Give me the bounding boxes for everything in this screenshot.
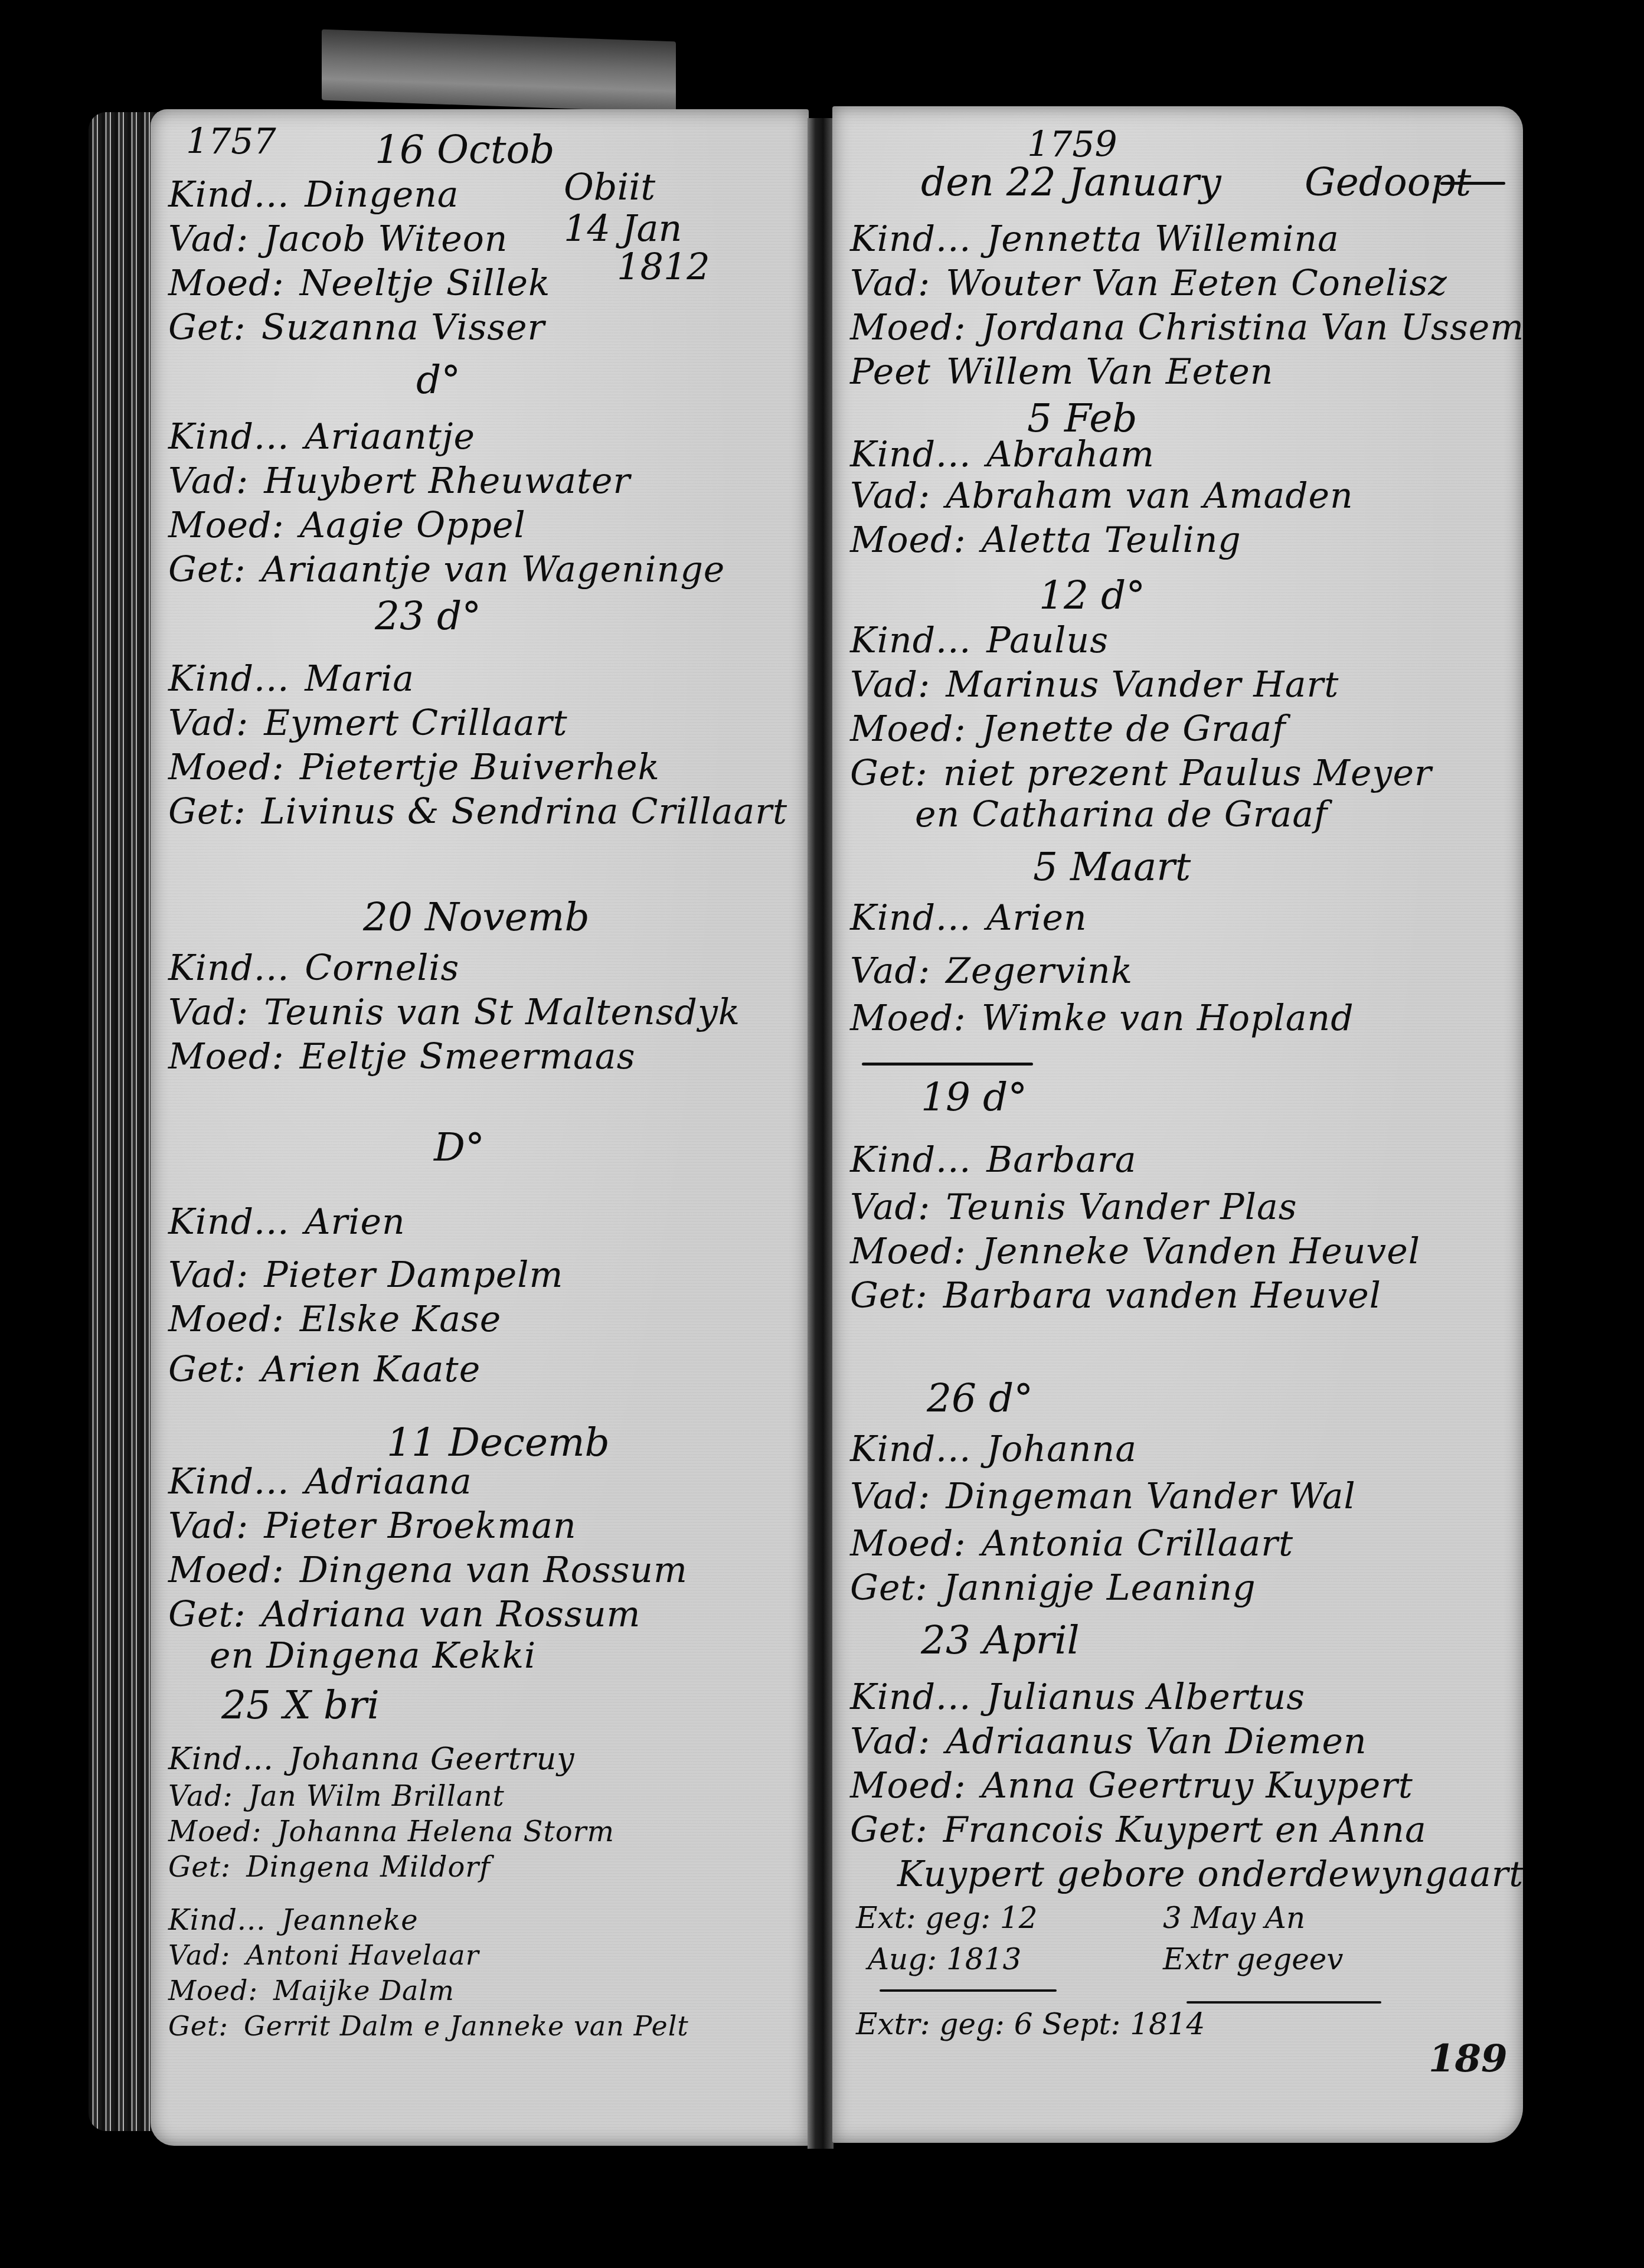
separator-rule xyxy=(862,1063,1033,1066)
entry-date: 19 d° xyxy=(921,1074,1027,1120)
entry-date: d° xyxy=(416,357,460,403)
entry-moeder: Moed:Eeltje Smeermaas xyxy=(168,1036,635,1077)
entry-moeder: Moed:Aletta Teuling xyxy=(850,519,1241,561)
entry-getuige: Get:Jannigje Leaning xyxy=(850,1567,1256,1609)
entry-kind: Kind...Dingena xyxy=(168,174,459,215)
entry-date: 16 Octob xyxy=(375,127,555,172)
entry-vader: Vad:Zegervink xyxy=(850,950,1133,992)
entry-kind: Kind...Arien xyxy=(850,897,1087,939)
extract-note: Ext: geg: 12 xyxy=(856,1901,1038,1935)
entry-vader: Vad:Marinus Vander Hart xyxy=(850,664,1339,705)
entry-kind: Kind...Adriaana xyxy=(168,1461,472,1502)
entry-moeder: Moed:Jordana Christina Van Ussem xyxy=(850,307,1524,348)
entry-moeder: Moed:Elske Kase xyxy=(168,1299,501,1340)
extract-note: 3 May An xyxy=(1163,1901,1305,1935)
entry-vader: Vad:Teunis Vander Plas xyxy=(850,1187,1297,1228)
entry-vader: Vad:Abraham van Amaden xyxy=(850,475,1354,517)
entry-getuige: Get:Arien Kaate xyxy=(168,1349,481,1390)
entry-moeder: Moed:Wimke van Hopland xyxy=(850,998,1354,1039)
header-date: den 22 January xyxy=(921,159,1221,205)
extract-note: Extr gegeev xyxy=(1163,1942,1344,1976)
entry-vader: Vad:Pieter Broekman xyxy=(168,1505,577,1547)
entry-vader: Vad:Pieter Dampelm xyxy=(168,1254,563,1296)
entry-vader: Vad:Antoni Havelaar xyxy=(168,1939,479,1971)
entry-date: 26 d° xyxy=(927,1375,1033,1421)
entry-kind: Kind...Cornelis xyxy=(168,947,459,989)
margin-note: 1812 xyxy=(617,245,710,288)
entry-kind: Kind...Johanna xyxy=(850,1429,1137,1470)
extract-note: Aug: 1813 xyxy=(868,1942,1021,1976)
entry-date: 5 Maart xyxy=(1033,844,1191,890)
entry-vader: Vad:Huybert Rheuwater xyxy=(168,460,630,502)
entry-kind: Kind...Abraham xyxy=(850,434,1155,475)
margin-note: Obiit xyxy=(564,165,655,208)
right-page: 1759 den 22 January Gedoopt Kind...Jenne… xyxy=(832,106,1523,2143)
entry-getuige: Get:Francois Kuypert en Anna xyxy=(850,1809,1427,1851)
entry-date: 23 d° xyxy=(375,593,481,639)
entry-kind: Kind...Arien xyxy=(168,1201,406,1243)
binding-tab xyxy=(322,30,676,113)
entry-moeder: Moed:Aagie Oppel xyxy=(168,505,526,546)
entry-getuige-2: en Dingena Kekki xyxy=(210,1635,536,1677)
extract-note: Extr: geg: 6 Sept: 1814 xyxy=(856,2007,1205,2041)
entry-date: 23 April xyxy=(921,1617,1080,1663)
entry-moeder: Moed:Anna Geertruy Kuypert xyxy=(850,1765,1413,1806)
entry-vader: Vad:Dingeman Vander Wal xyxy=(850,1476,1356,1517)
entry-moeder: Moed:Jenneke Vanden Heuvel xyxy=(850,1231,1420,1272)
page-edges xyxy=(89,112,159,2131)
year-label: 1757 xyxy=(186,121,276,162)
entry-getuige: Get:Barbara vanden Heuvel xyxy=(850,1275,1381,1316)
entry-getuige: Get:Livinus & Sendrina Crillaart xyxy=(168,791,787,832)
book-gutter xyxy=(808,118,834,2149)
entry-date: D° xyxy=(434,1125,485,1170)
header-underline xyxy=(1440,182,1505,185)
entry-kind: Kind...Jennetta Willemina xyxy=(850,218,1339,260)
entry-moeder: Moed:Maijke Dalm xyxy=(168,1975,455,2006)
entry-vader: Vad:Teunis van St Maltensdyk xyxy=(168,992,740,1033)
left-page: 1757 16 Octob Obiit 14 Jan 1812 Kind...D… xyxy=(151,109,809,2146)
entry-vader: Vad:Jan Wilm Brillant xyxy=(168,1780,505,1813)
entry-kind: Kind...Maria xyxy=(168,658,414,700)
entry-vader: Vad:Wouter Van Eeten Conelisz xyxy=(850,263,1447,304)
entry-date: 20 Novemb xyxy=(363,894,590,940)
entry-date: 11 Decemb xyxy=(387,1420,610,1465)
entry-getuige: Get:Adriana van Rossum xyxy=(168,1594,640,1635)
entry-kind: Kind...Jeanneke xyxy=(168,1904,419,1937)
entry-date: 25 X bri xyxy=(221,1682,380,1728)
entry-moeder: Moed:Johanna Helena Storm xyxy=(168,1815,615,1848)
note-underline xyxy=(1187,2001,1381,2004)
entry-moeder: Moed:Antonia Crillaart xyxy=(850,1523,1293,1564)
entry-vader: Vad:Adriaanus Van Diemen xyxy=(850,1721,1367,1762)
entry-moeder: Moed:Neeltje Sillek xyxy=(168,263,550,304)
entry-kind: Kind...Barbara xyxy=(850,1139,1136,1181)
entry-getuige: Get:niet prezent Paulus Meyer xyxy=(850,753,1432,794)
entry-getuige: Get:Suzanna Visser xyxy=(168,307,545,348)
entry-getuige-2: Kuypert gebore onderdewyngaart xyxy=(897,1854,1524,1895)
entry-kind: Kind...Johanna Geertruy xyxy=(168,1741,575,1777)
entry-date: 12 d° xyxy=(1039,573,1145,618)
entry-vader: Vad:Eymert Crillaart xyxy=(168,702,568,744)
entry-getuige-2: en Catharina de Graaf xyxy=(915,794,1328,835)
folio-number: 189 xyxy=(1429,2037,1508,2081)
note-underline xyxy=(880,1989,1057,1992)
margin-note: 14 Jan xyxy=(564,207,682,250)
entry-getuige: Get:Ariaantje van Wageninge xyxy=(168,549,725,590)
entry-vader: Vad:Jacob Witeon xyxy=(168,218,508,260)
entry-getuige: Get:Dingena Mildorf xyxy=(168,1851,491,1884)
entry-peet: PeetWillem Van Eeten xyxy=(850,351,1273,393)
entry-moeder: Moed:Dingena van Rossum xyxy=(168,1550,688,1591)
entry-kind: Kind...Ariaantje xyxy=(168,416,475,457)
entry-moeder: Moed:Jenette de Graaf xyxy=(850,708,1286,750)
entry-getuige: Get:Gerrit Dalm e Janneke van Pelt xyxy=(168,2010,689,2042)
entry-kind: Kind...Julianus Albertus xyxy=(850,1677,1305,1718)
entry-moeder: Moed:Pietertje Buiverhek xyxy=(168,747,660,788)
entry-kind: Kind...Paulus xyxy=(850,620,1109,661)
